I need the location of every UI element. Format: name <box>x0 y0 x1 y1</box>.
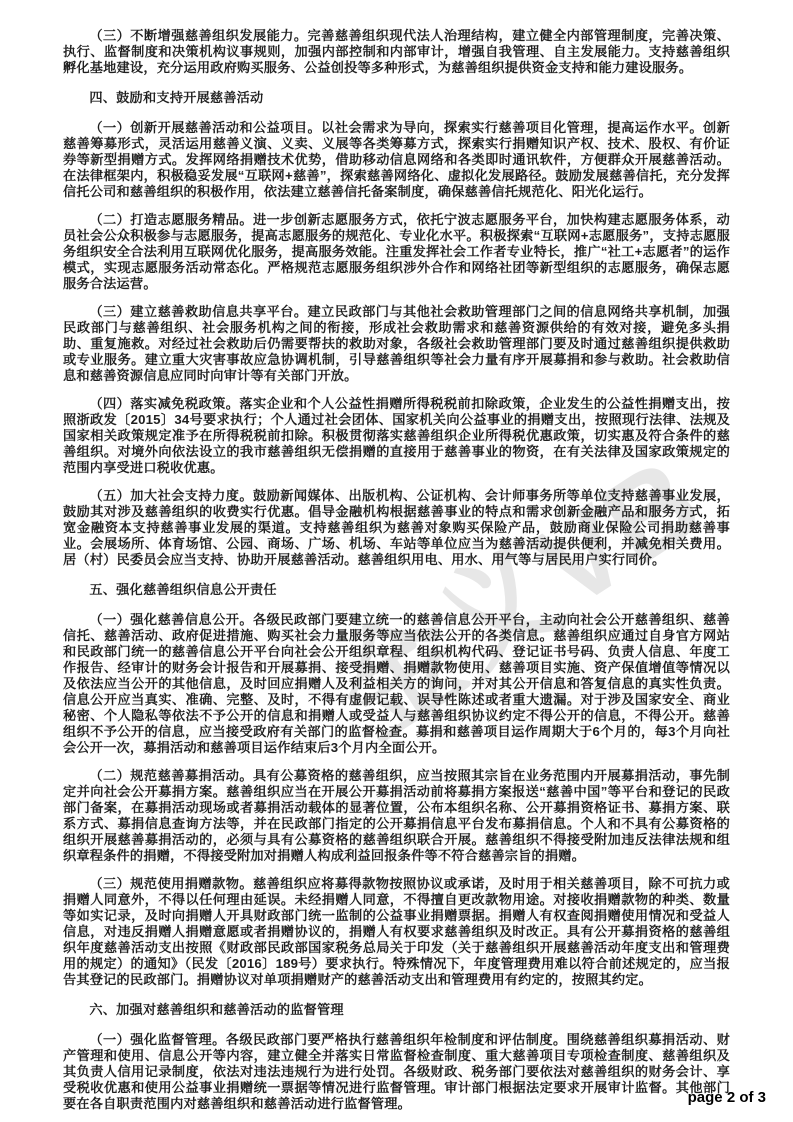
paragraph-4-3-info-sharing-platform: （三）建立慈善救助信息共享平台。建立民政部门与其他社会救助管理部门之间的信息网络… <box>63 304 730 384</box>
paragraph-3-develop-capability: （三）不断增强慈善组织发展能力。完善慈善组织现代法人治理结构，建立健全内部管理制… <box>63 28 730 76</box>
paragraph-4-5-social-support: （五）加大社会支持力度。鼓励新闻媒体、出版机构、公证机构、会计师事务所等单位支持… <box>63 488 730 568</box>
paragraph-5-2-fundraising-rules: （二）规范慈善募捐活动。具有公募资格的慈善组织，应当按照其宗旨在业务范围内开展募… <box>63 768 730 864</box>
paragraph-6-1-supervision: （一）强化监督管理。各级民政部门要严格执行慈善组织年检制度和评估制度。围绕慈善组… <box>63 1032 730 1112</box>
section-heading-6: 六、加强对慈善组织和慈善活动的监督管理 <box>63 1002 730 1018</box>
section-heading-4: 四、鼓励和支持开展慈善活动 <box>63 90 730 106</box>
paragraph-5-3-donation-usage: （三）规范使用捐赠款物。慈善组织应将募得款物按照协议或承诺，及时用于相关慈善项目… <box>63 876 730 988</box>
paragraph-4-1-innovate-activities: （一）创新开展慈善活动和公益项目。以社会需求为导向，探索实行慈善项目化管理，提高… <box>63 120 730 200</box>
paragraph-4-2-volunteer-service: （二）打造志愿服务精品。进一步创新志愿服务方式，依托宁波志愿服务平台，加快构建志… <box>63 212 730 292</box>
paragraph-4-4-tax-policy: （四）落实减免税政策。落实企业和个人公益性捐赠所得税税前扣除政策，企业发生的公益… <box>63 396 730 476</box>
document-text-body: （三）不断增强慈善组织发展能力。完善慈善组织现代法人治理结构，建立健全内部管理制… <box>63 28 730 1122</box>
page-number: page 2 of 3 <box>688 1089 766 1106</box>
paragraph-5-1-info-disclosure: （一）强化慈善信息公开。各级民政部门要建立统一的慈善信息公开平台，主动向社会公开… <box>63 612 730 756</box>
document-page: 金义VB （三）不断增强慈善组织发展能力。完善慈善组织现代法人治理结构，建立健全… <box>0 0 793 1122</box>
section-heading-5: 五、强化慈善组织信息公开责任 <box>63 582 730 598</box>
